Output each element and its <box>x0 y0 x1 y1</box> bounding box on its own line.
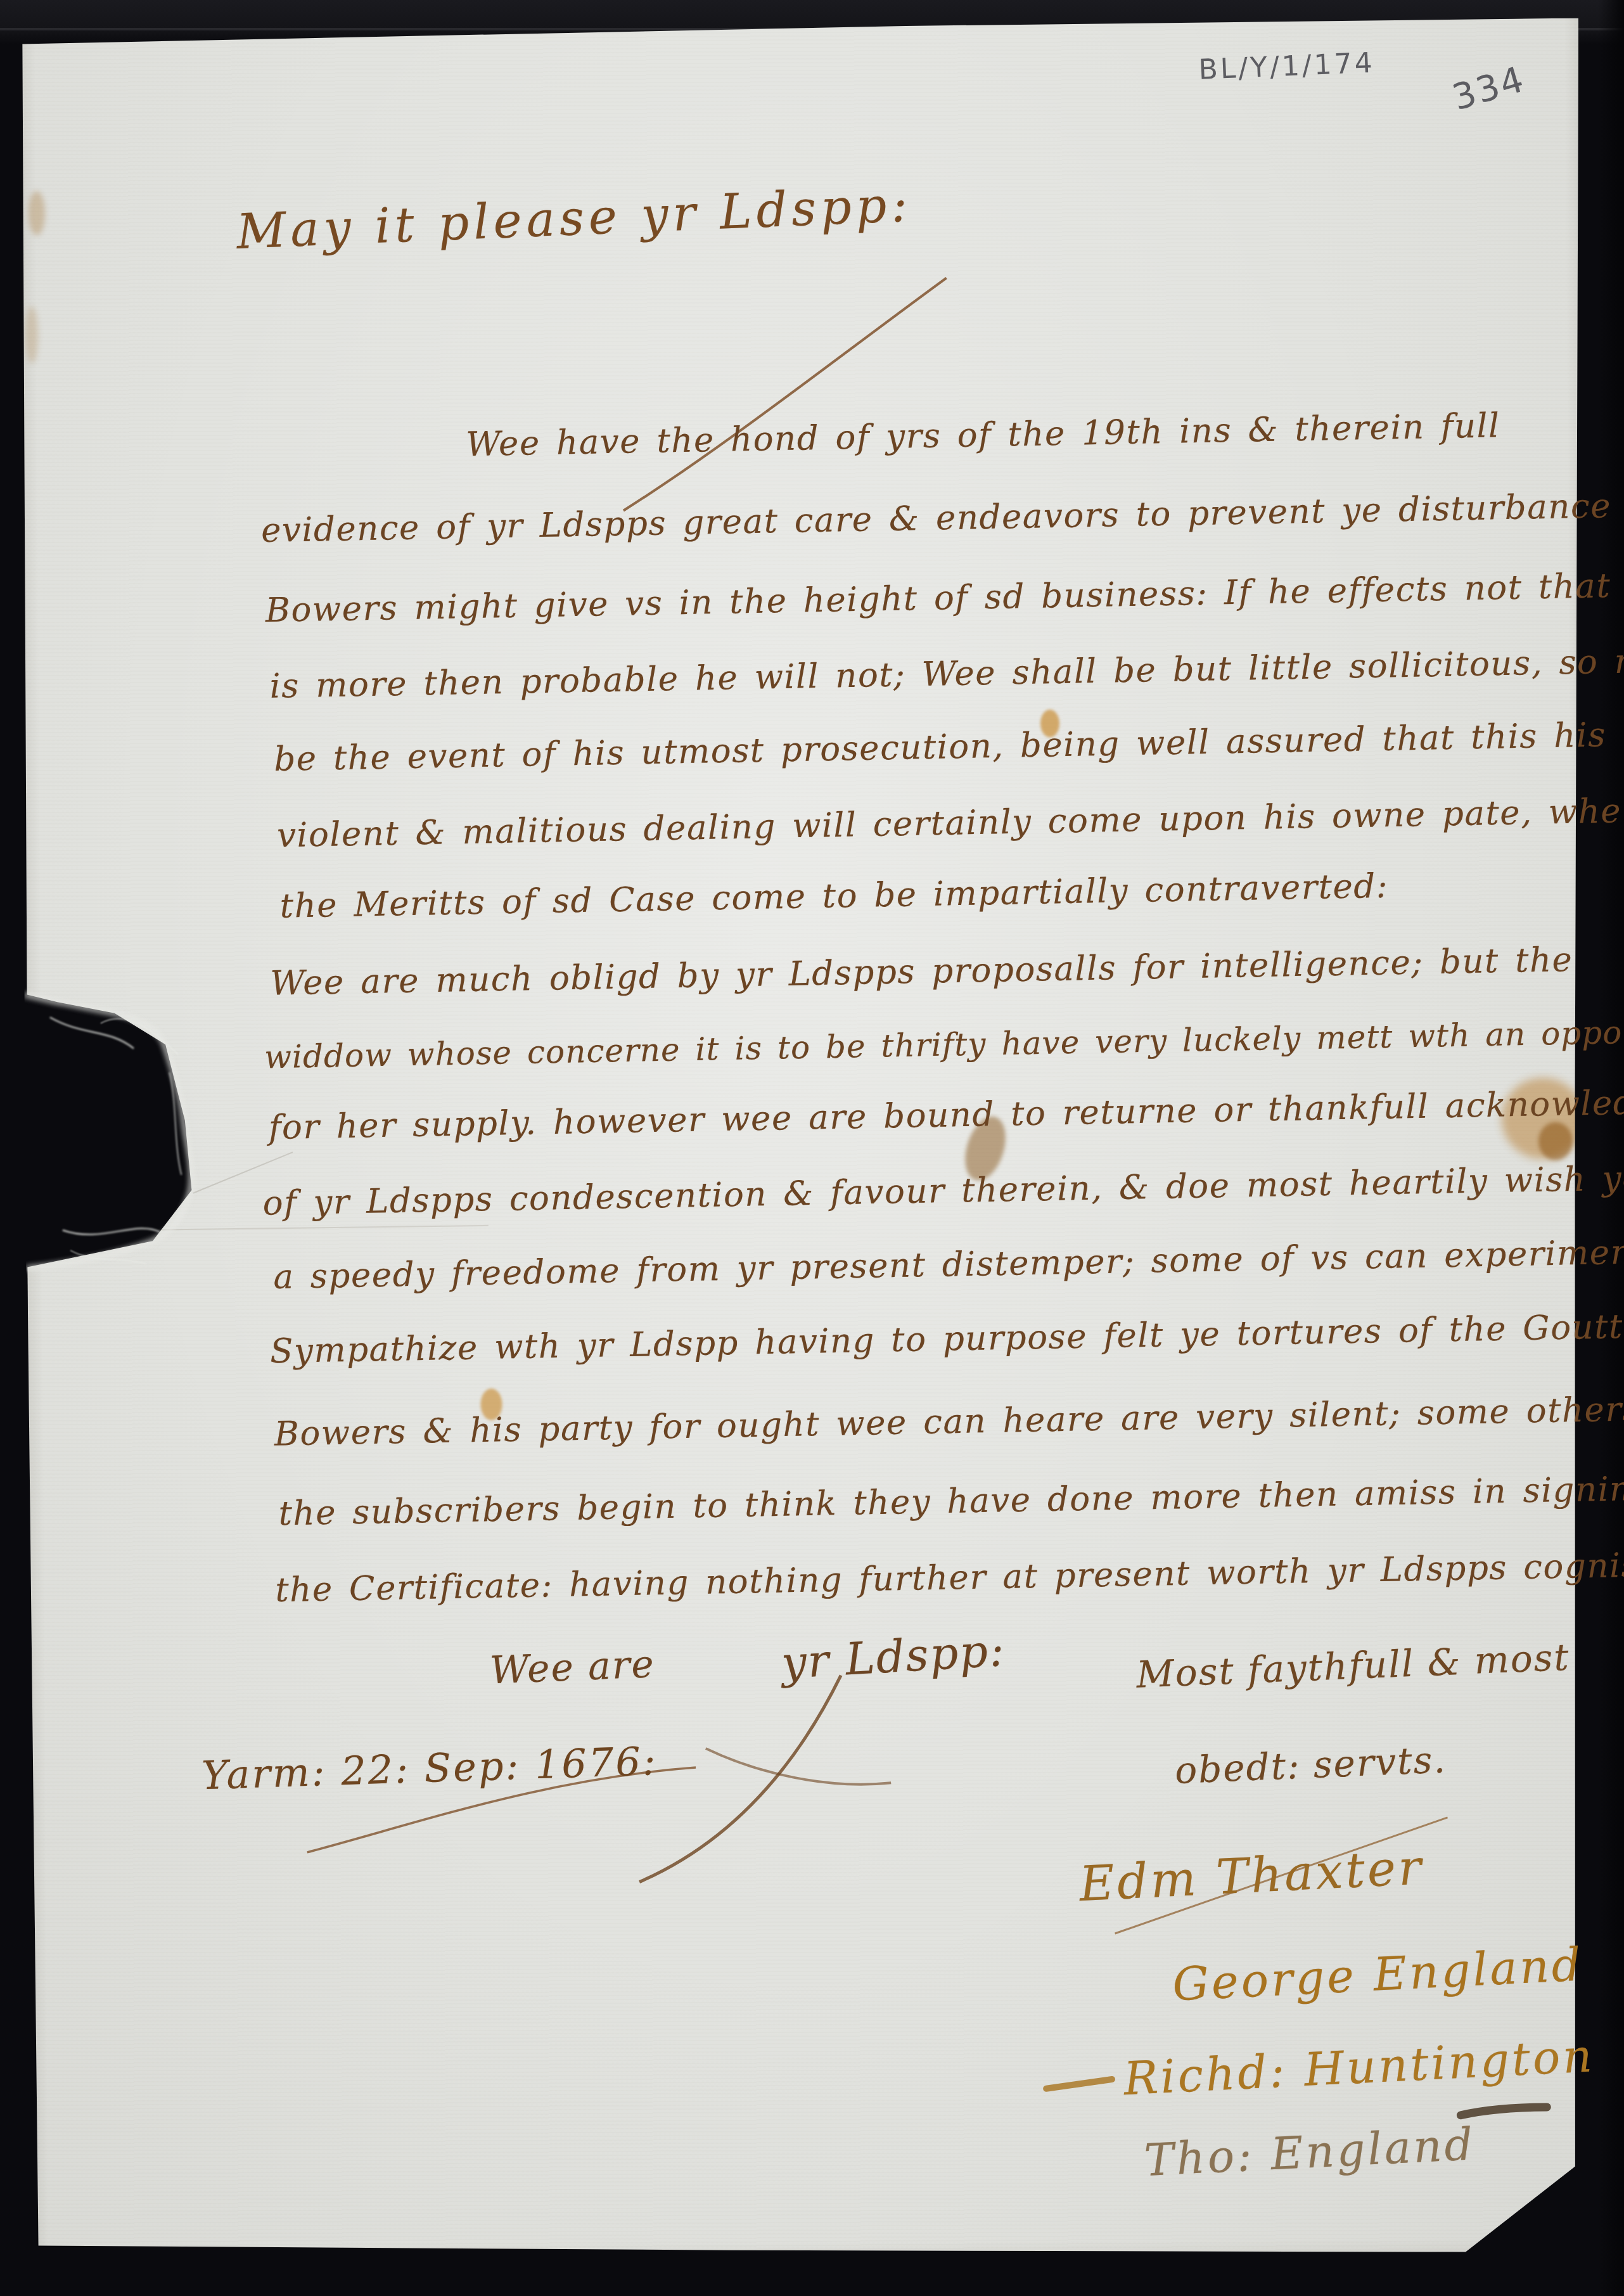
letter-paper-wrap: BL/Y/1/174 334 May it please yr Ldspp: W… <box>18 18 1592 2266</box>
mount-shadow <box>1599 0 1624 2296</box>
manuscript-scan: BL/Y/1/174 334 May it please yr Ldspp: W… <box>0 0 1624 2296</box>
closing-we-are: Wee are <box>489 1641 656 1695</box>
ink-dot <box>1578 1356 1601 1379</box>
edge-stain <box>25 306 39 363</box>
crease-line <box>83 1225 489 1231</box>
letter-paper <box>18 18 1592 2266</box>
edge-stain <box>29 191 45 235</box>
rust-stain-core <box>1538 1122 1573 1160</box>
